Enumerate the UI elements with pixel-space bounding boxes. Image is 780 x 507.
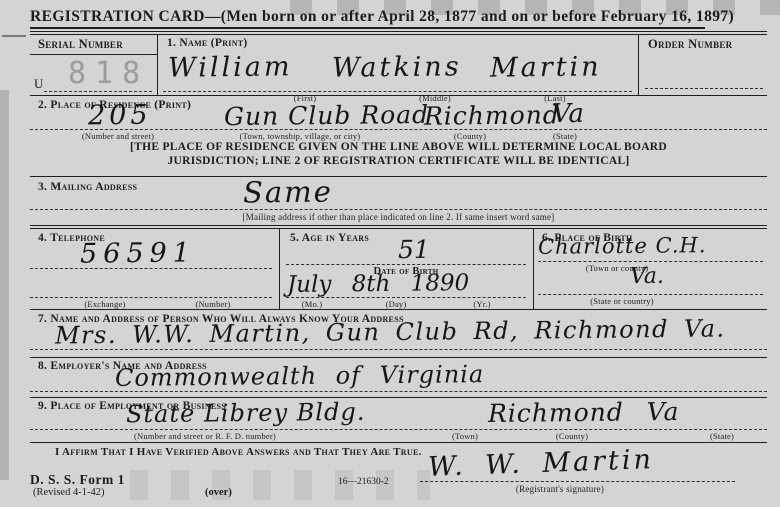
registration-card-scan: REGISTRATION CARD—(Men born on or after …: [0, 0, 780, 507]
employment-town-handwritten: Richmond Va: [488, 397, 680, 428]
residence-answer-line: [30, 129, 767, 130]
residence-caption-street: (Number and street): [48, 131, 188, 141]
employment-caption-state: (State): [682, 431, 762, 441]
birthplace-town-handwritten: Charlotte C.H.: [538, 233, 707, 259]
print-code: 16—21630-2: [338, 477, 389, 487]
employment-answer-line: [30, 429, 767, 430]
dob-answer-line: [286, 297, 526, 298]
contact-answer-line: [30, 349, 767, 350]
birthplace-state-handwritten: Va.: [630, 264, 664, 289]
order-answer-line: [645, 88, 763, 89]
dob-caption-month: (Mo.): [282, 299, 342, 309]
form-number: D. S. S. Form 1: [30, 472, 125, 488]
name-middle-handwritten: Watkins: [332, 51, 462, 83]
serial-number-stamp: 818: [68, 56, 149, 91]
jurisdiction-note-line2: JURISDICTION; LINE 2 OF REGISTRATION CER…: [30, 155, 767, 167]
employment-caption-street: (Number and street or R. F. D. number): [95, 431, 315, 441]
mailing-caption: [Mailing address if other than place ind…: [30, 212, 767, 222]
serial-answer-line: [44, 91, 152, 92]
name-order-divider: [638, 34, 639, 95]
row2-bottom-line: [30, 176, 767, 177]
row3-bottom-line-a: [30, 225, 767, 226]
employer-handwritten: Commonwealth of Virginia: [115, 360, 484, 392]
affirmation-statement: I Affirm That I Have Verified Above Answ…: [55, 446, 422, 458]
card-title: REGISTRATION CARD: [30, 8, 205, 25]
row456-bottom-line: [30, 309, 767, 310]
residence-county-handwritten: Richmond: [424, 100, 560, 130]
name-last-handwritten: Martin: [490, 51, 602, 83]
signature-line: [420, 481, 735, 482]
jurisdiction-note-line1: [THE PLACE OF RESIDENCE GIVEN ON THE LIN…: [30, 141, 767, 153]
order-number-label: Order Number: [648, 37, 732, 52]
birthplace-state-caption: (State or country): [552, 296, 692, 306]
mailing-label: 3. Mailing Address: [38, 181, 137, 193]
row1-top-line-b: [30, 34, 767, 35]
residence-caption-town: (Town, township, village, or city): [210, 131, 390, 141]
dob-caption-year: (Yr.): [452, 299, 512, 309]
card-subtitle: —(Men born on or after April 28, 1877 an…: [205, 8, 734, 25]
mailing-handwritten: Same: [243, 175, 333, 210]
serial-prefix: U: [34, 76, 43, 92]
age-birth-divider: [533, 228, 534, 309]
tel-age-divider: [279, 228, 280, 309]
employment-street-handwritten: State Librey Bldg.: [126, 398, 366, 429]
employment-caption-town: (Town): [425, 431, 505, 441]
residence-town-handwritten: Gun Club Road: [224, 100, 429, 131]
card-header: REGISTRATION CARD—(Men born on or after …: [30, 8, 734, 26]
employer-answer-line: [30, 391, 767, 392]
row3-bottom-line-b: [30, 228, 767, 229]
dob-handwritten: July 8th 1890: [287, 270, 469, 298]
row7-bottom-line: [30, 357, 767, 358]
residence-state-handwritten: Va: [552, 99, 584, 129]
name-field-label: 1. Name (Print): [167, 37, 248, 49]
telephone-caption-exchange: (Exchange): [60, 299, 150, 309]
age-label: 5. Age in Years: [290, 232, 369, 244]
name-first-handwritten: William: [168, 51, 293, 83]
name-answer-line: [163, 91, 632, 92]
age-handwritten: 51: [398, 235, 430, 264]
serial-label-underline: [30, 54, 157, 55]
form-revision: (Revised 4-1-42): [33, 487, 104, 498]
serial-name-divider: [157, 34, 158, 95]
telephone-handwritten: 56591: [80, 237, 196, 269]
birthplace-town-line: [538, 261, 763, 262]
telephone-line2: [30, 297, 272, 298]
mailing-answer-line: [30, 209, 767, 210]
over-note: (over): [205, 487, 232, 498]
residence-number-handwritten: 205: [88, 100, 152, 132]
serial-number-label: Serial Number: [38, 37, 123, 52]
telephone-caption-number: (Number): [168, 299, 258, 309]
registrant-signature-handwritten: W. W. Martin: [428, 444, 655, 483]
row1-top-line-a: [30, 31, 767, 32]
scan-noise-corner-dash: [2, 35, 26, 37]
contact-handwritten: Mrs. W.W. Martin, Gun Club Rd, Richmond …: [55, 314, 726, 349]
header-underline: [30, 27, 705, 29]
scan-noise-left-edge: [0, 90, 9, 480]
row9-bottom-line: [30, 442, 767, 443]
telephone-line1: [30, 268, 272, 269]
age-answer-line: [286, 264, 526, 265]
residence-caption-county: (County): [430, 131, 510, 141]
employment-caption-county: (County): [532, 431, 612, 441]
dob-caption-day: (Day): [366, 299, 426, 309]
signature-caption: (Registrant's signature): [450, 484, 670, 494]
birthplace-state-line: [538, 294, 763, 295]
residence-caption-state: (State): [525, 131, 605, 141]
